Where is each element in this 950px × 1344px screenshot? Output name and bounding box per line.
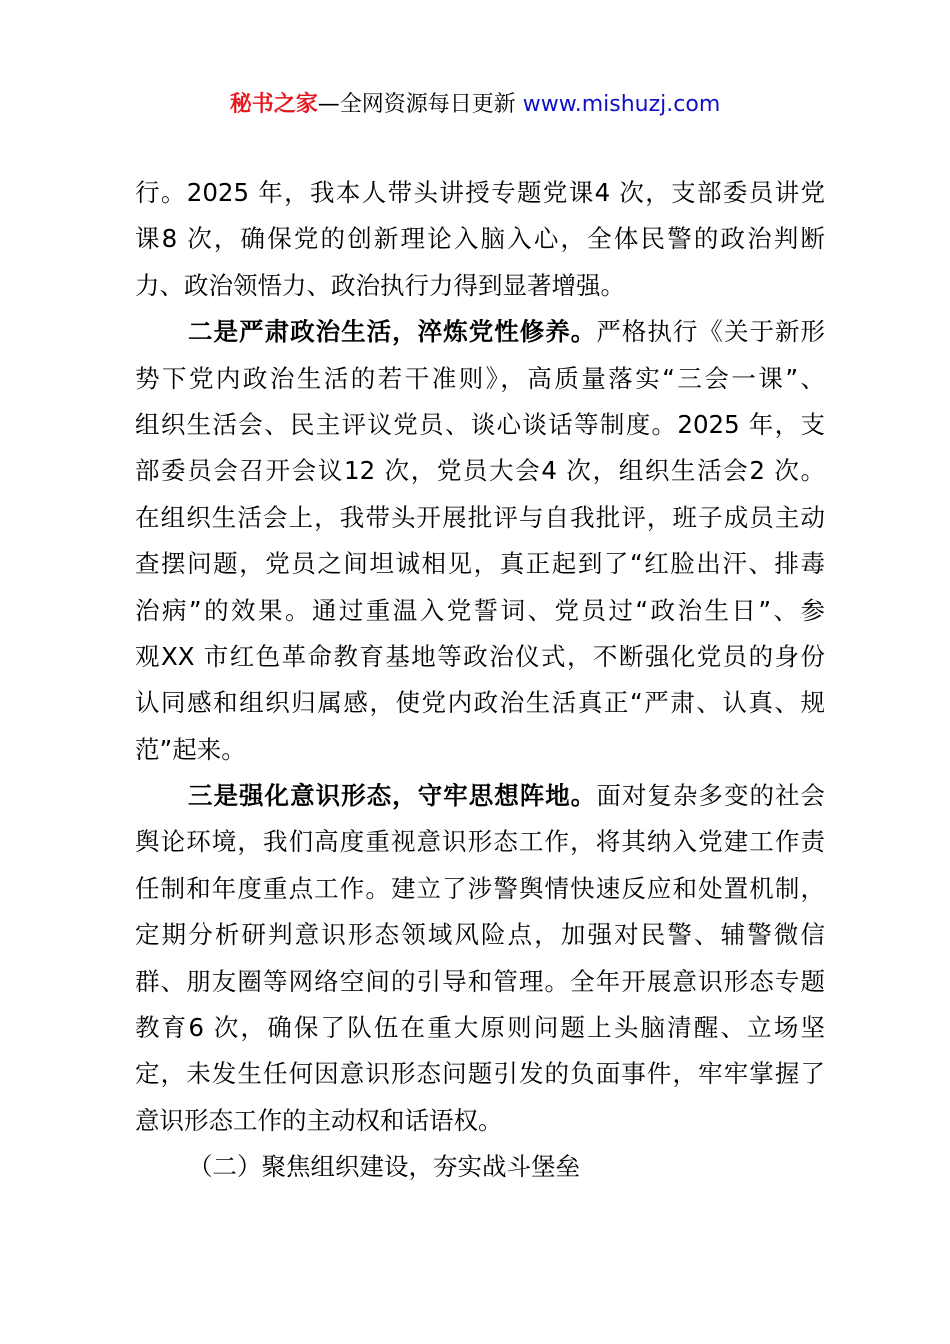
text-line: 二是严肃政治生活，淬炼党性修养。严格执行《关于新形	[135, 309, 825, 355]
document-body: 行。2025 年，我本人带头讲授专题党课4 次，支部委员讲党 课8 次，确保党的…	[135, 170, 825, 1191]
paragraph-heading: 三是强化意识形态，守牢思想阵地。	[188, 781, 596, 810]
text-line: 在组织生活会上，我带头开展批评与自我批评，班子成员主动	[135, 495, 825, 541]
header-slogan: —全网资源每日更新	[318, 92, 516, 117]
text-line: 教育6 次，确保了队伍在重大原则问题上头脑清醒、立场坚	[135, 1005, 825, 1051]
text-line: 部委员会召开会议12 次，党员大会4 次，组织生活会2 次。	[135, 448, 825, 494]
text-line: 任制和年度重点工作。建立了涉警舆情快速反应和处置机制，	[135, 866, 825, 912]
paragraph-heading: 二是严肃政治生活，淬炼党性修养。	[188, 317, 596, 346]
paragraph-1: 行。2025 年，我本人带头讲授专题党课4 次，支部委员讲党 课8 次，确保党的…	[135, 170, 825, 309]
text-line: 三是强化意识形态，守牢思想阵地。面对复杂多变的社会	[135, 773, 825, 819]
text-line: 查摆问题，党员之间坦诚相见，真正起到了“红脸出汗、排毒	[135, 541, 825, 587]
text-line: 定，未发生任何因意识形态问题引发的负面事件，牢牢掌握了	[135, 1051, 825, 1097]
text-line: 认同感和组织归属感，使党内政治生活真正“严肃、认真、规	[135, 680, 825, 726]
paragraph-3: 三是强化意识形态，守牢思想阵地。面对复杂多变的社会 舆论环境，我们高度重视意识形…	[135, 773, 825, 1144]
brand-name: 秘书之家	[230, 92, 318, 117]
text-line: 意识形态工作的主动权和话语权。	[135, 1098, 825, 1144]
site-url-link[interactable]: www.mishuzj.com	[523, 92, 720, 117]
text-line: 势下党内政治生活的若干准则》，高质量落实“三会一课”、	[135, 356, 825, 402]
text-span: 面对复杂多变的社会	[596, 781, 825, 810]
text-line: 定期分析研判意识形态领域风险点，加强对民警、辅警微信	[135, 912, 825, 958]
section-heading: （二）聚焦组织建设，夯实战斗堡垒	[135, 1144, 825, 1190]
site-header: 秘书之家—全网资源每日更新 www.mishuzj.com	[0, 88, 950, 122]
text-line: 治病”的效果。通过重温入党誓词、党员过“政治生日”、参	[135, 588, 825, 634]
text-line: 组织生活会、民主评议党员、谈心谈话等制度。2025 年，支	[135, 402, 825, 448]
text-line: 群、朋友圈等网络空间的引导和管理。全年开展意识形态专题	[135, 959, 825, 1005]
text-line: 课8 次，确保党的创新理论入脑入心，全体民警的政治判断	[135, 216, 825, 262]
text-line: 范”起来。	[135, 727, 825, 773]
text-line: 力、政治领悟力、政治执行力得到显著增强。	[135, 263, 825, 309]
text-line: 舆论环境，我们高度重视意识形态工作，将其纳入党建工作责	[135, 819, 825, 865]
text-line: 行。2025 年，我本人带头讲授专题党课4 次，支部委员讲党	[135, 170, 825, 216]
text-line: 观XX 市红色革命教育基地等政治仪式，不断强化党员的身份	[135, 634, 825, 680]
text-span: 严格执行《关于新形	[596, 317, 825, 346]
paragraph-2: 二是严肃政治生活，淬炼党性修养。严格执行《关于新形 势下党内政治生活的若干准则》…	[135, 309, 825, 773]
